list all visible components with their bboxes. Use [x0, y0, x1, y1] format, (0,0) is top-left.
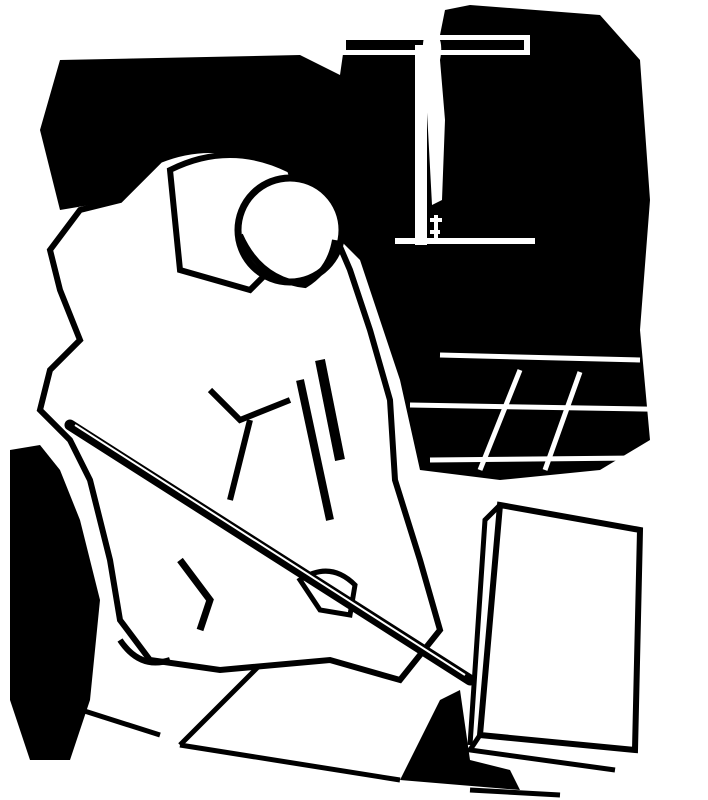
illustration [0, 0, 708, 800]
box [470, 505, 640, 770]
